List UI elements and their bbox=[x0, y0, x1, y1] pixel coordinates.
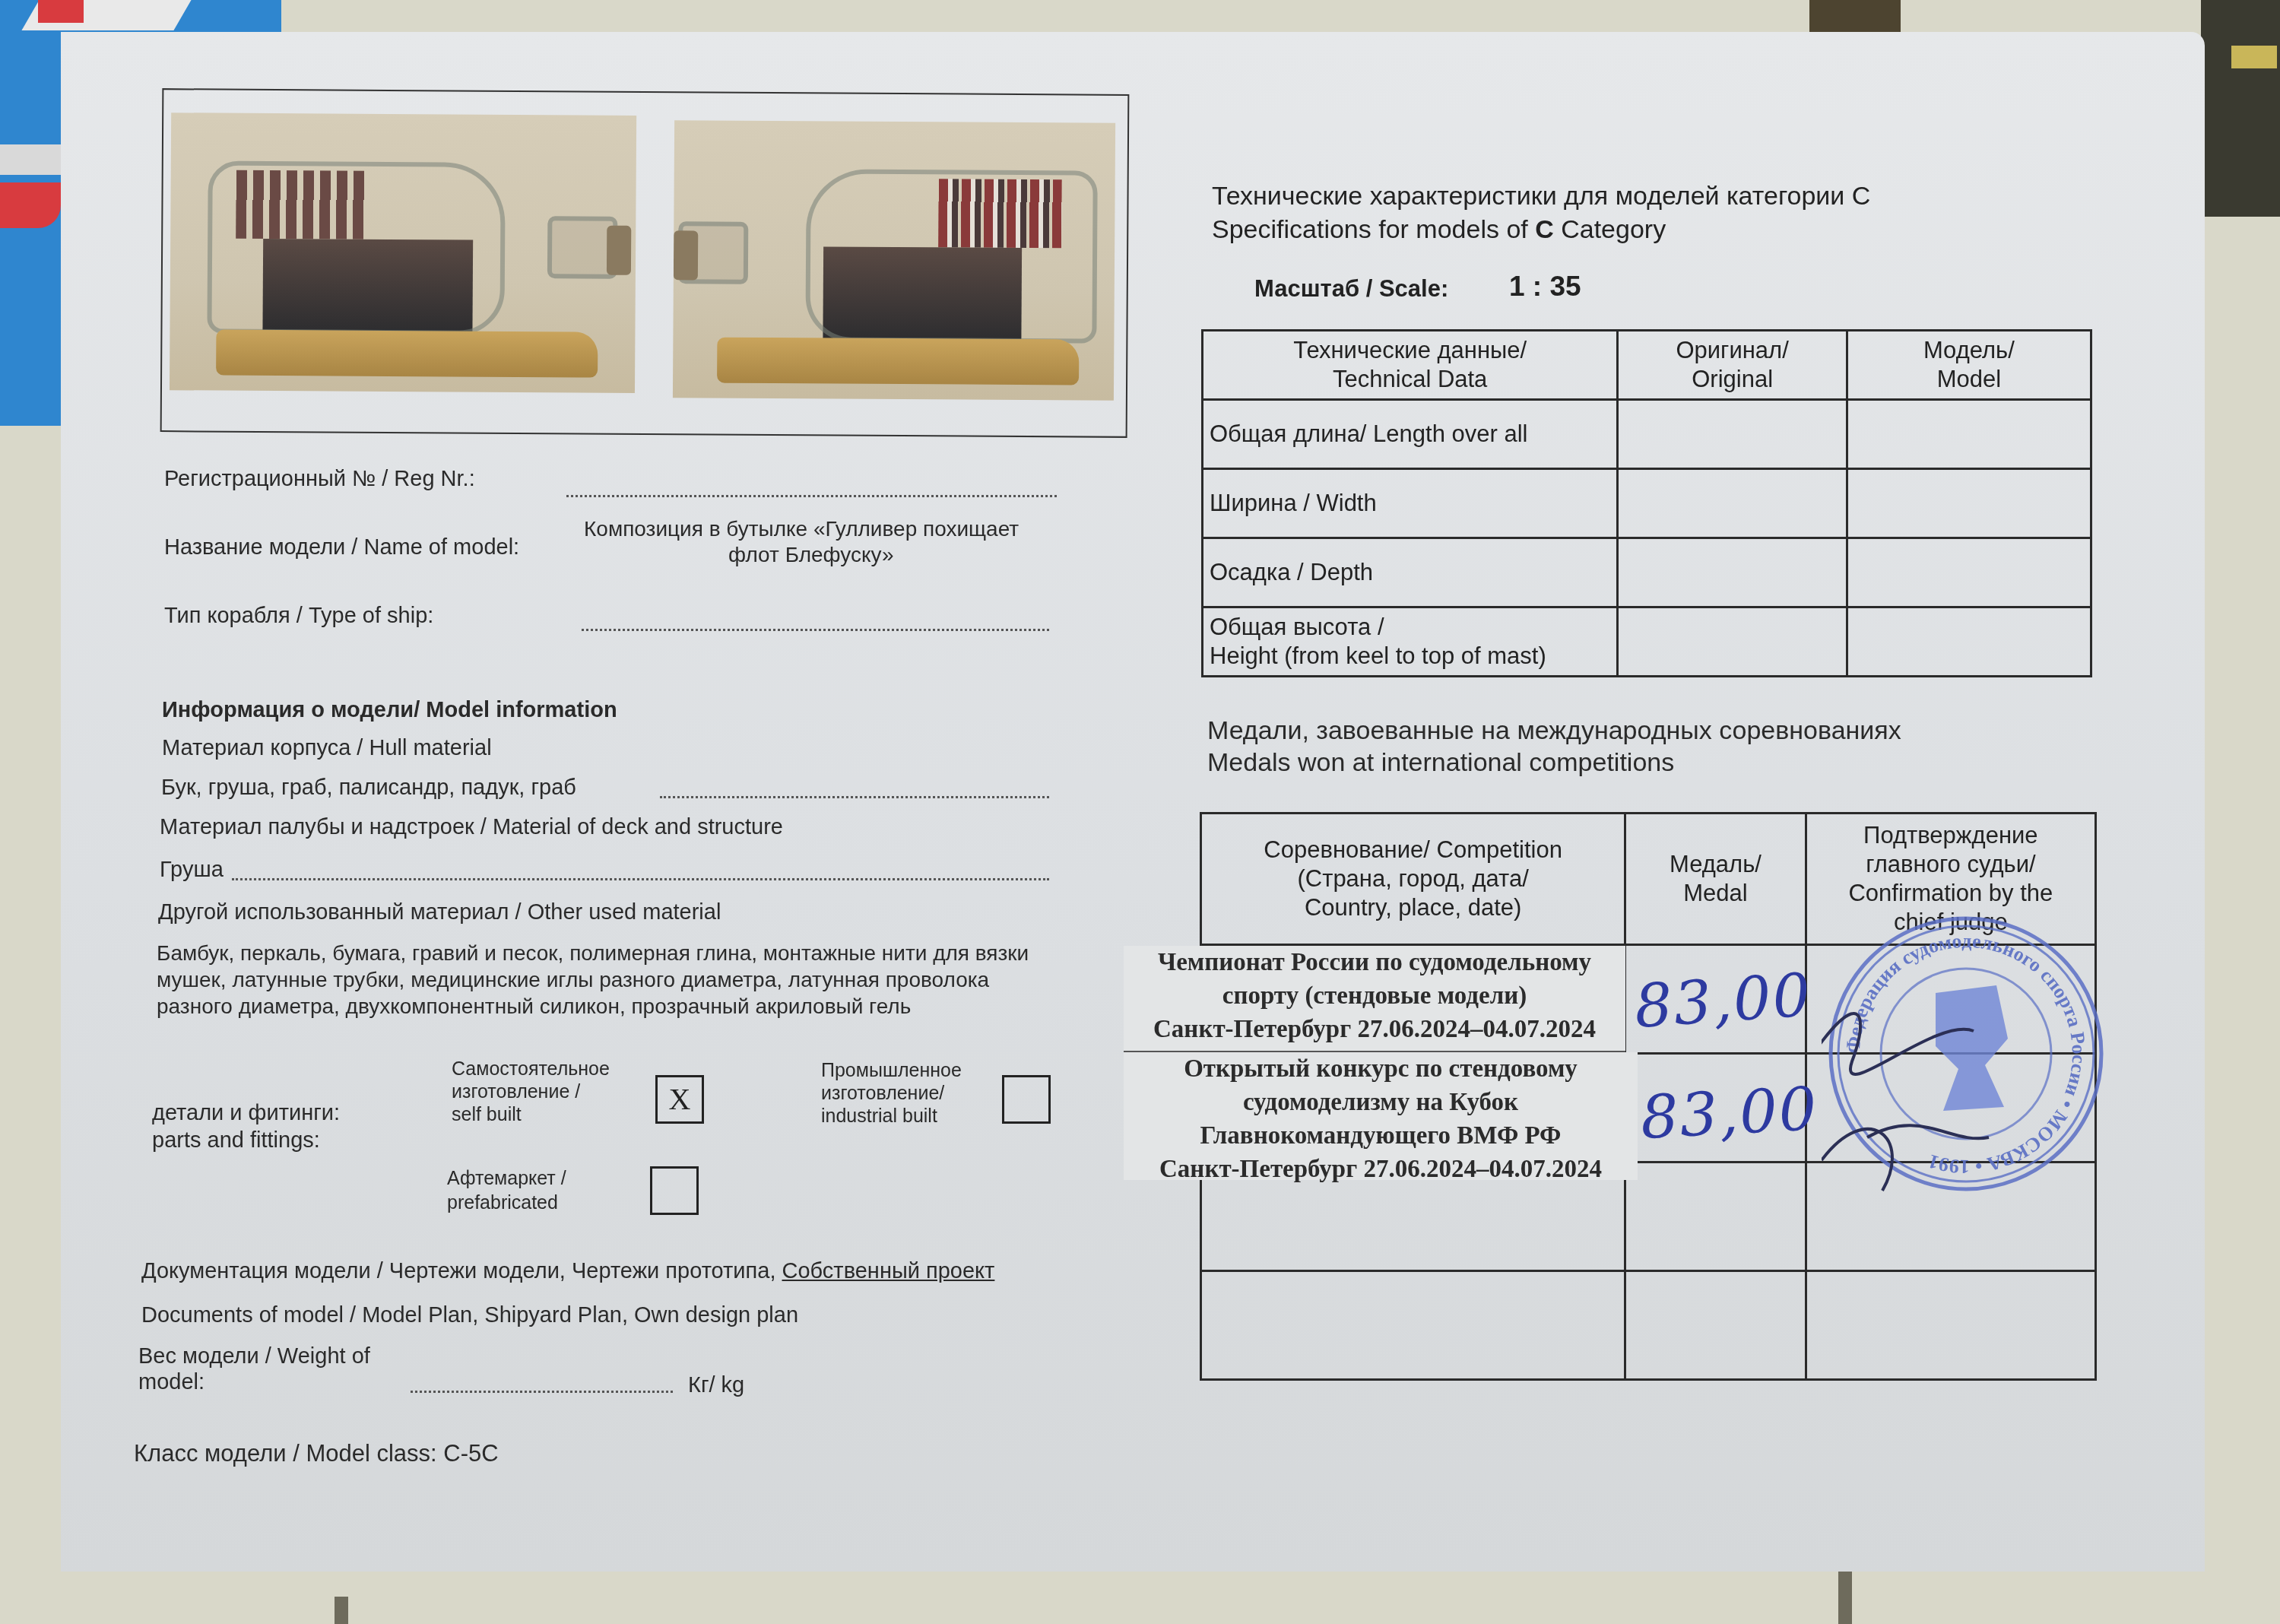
background-post bbox=[335, 1597, 348, 1624]
model-cell[interactable] bbox=[1847, 607, 2091, 677]
header-competition: Соревнование/ Competition (Страна, город… bbox=[1201, 814, 1625, 945]
spec-title-en-suffix: Category bbox=[1554, 215, 1666, 244]
original-cell[interactable] bbox=[1618, 607, 1847, 677]
documentation-label: Документация модели / Чертежи модели, Че… bbox=[141, 1259, 994, 1284]
deck-material-label: Материал палубы и надстроек / Material o… bbox=[160, 815, 783, 840]
industrial-built-checkbox[interactable] bbox=[1002, 1075, 1051, 1124]
competition-entry-2: Открытый конкурс по стендовому судомодел… bbox=[1124, 1052, 1638, 1180]
flag-white-stripe-2 bbox=[0, 144, 61, 175]
self-built-label-2: изготовление / bbox=[452, 1081, 580, 1103]
medal-cell[interactable] bbox=[1625, 1271, 1806, 1380]
weight-unit: Кг/ kg bbox=[688, 1373, 744, 1398]
confirmation-cell[interactable] bbox=[1806, 1271, 2095, 1380]
original-cell[interactable] bbox=[1618, 400, 1847, 469]
official-stamp-icon: Федерация судомодельного спорта России •… bbox=[1822, 909, 2110, 1198]
row-label: Ширина / Width bbox=[1203, 469, 1618, 538]
medals-title-en: Medals won at international competitions bbox=[1207, 747, 1901, 779]
deck-material-value: Груша bbox=[160, 858, 224, 883]
table-row bbox=[1201, 1271, 2096, 1380]
medals-title-ru: Медали, завоеванные на международных сор… bbox=[1207, 715, 1901, 747]
table-row: Ширина / Width bbox=[1203, 469, 2091, 538]
parts-label-en: parts and fittings: bbox=[152, 1128, 320, 1153]
scale-label: Масштаб / Scale: bbox=[1254, 275, 1448, 303]
background-post bbox=[1838, 1571, 1852, 1624]
model-cell[interactable] bbox=[1847, 538, 2091, 607]
model-name-label: Название модели / Name of model: bbox=[164, 535, 519, 560]
other-material-value: Бамбук, перкаль, бумага, гравий и песок,… bbox=[157, 940, 1054, 1020]
spec-header-row: Технические данные/ Technical Data Ориги… bbox=[1203, 331, 2091, 400]
parts-label-ru: детали и фитинги: bbox=[152, 1101, 340, 1126]
medals-title: Медали, завоеванные на международных сор… bbox=[1207, 715, 1901, 779]
medal-cell[interactable] bbox=[1625, 1162, 1806, 1271]
spec-title-ru: Технические характеристики для моделей к… bbox=[1212, 182, 1870, 211]
industrial-built-label-2: изготовление/ bbox=[821, 1083, 944, 1105]
industrial-built-label-3: industrial built bbox=[821, 1105, 937, 1128]
prefabricated-label-1: Афтемаркет / bbox=[447, 1168, 566, 1190]
photo-frame bbox=[160, 88, 1130, 438]
table-row: Осадка / Depth bbox=[1203, 538, 2091, 607]
reg-nr-label: Регистрационный № / Reg Nr.: bbox=[164, 467, 475, 492]
row-label: Общая длина/ Length over all bbox=[1203, 400, 1618, 469]
cork-icon bbox=[674, 230, 698, 280]
industrial-built-label-1: Промышленное bbox=[821, 1060, 962, 1082]
flag-red-stripe-2 bbox=[0, 182, 61, 228]
deck-material-field[interactable] bbox=[232, 876, 1049, 880]
spec-title: Технические характеристики для моделей к… bbox=[1212, 179, 1870, 246]
spec-table: Технические данные/ Technical Data Ориги… bbox=[1201, 329, 2092, 677]
original-cell[interactable] bbox=[1618, 469, 1847, 538]
model-name-value-line2: флот Блефуску» bbox=[728, 543, 893, 567]
other-material-label: Другой использованный материал / Other u… bbox=[158, 900, 721, 925]
hull-material-value: Бук, груша, граб, палисандр, падук, граб bbox=[161, 776, 576, 801]
reg-nr-field[interactable] bbox=[566, 493, 1057, 497]
model-cell[interactable] bbox=[1847, 469, 2091, 538]
model-cell[interactable] bbox=[1847, 400, 2091, 469]
model-photo-2 bbox=[673, 120, 1115, 401]
model-info-heading: Информация о модели/ Model information bbox=[162, 698, 617, 723]
self-built-checkbox[interactable]: X bbox=[655, 1075, 704, 1124]
model-class: Класс модели / Model class: C-5C bbox=[134, 1440, 499, 1467]
wooden-stand bbox=[717, 338, 1079, 385]
hull-material-field[interactable] bbox=[660, 794, 1049, 798]
header-medal: Медаль/ Medal bbox=[1625, 814, 1806, 945]
ship-type-label: Тип корабля / Type of ship: bbox=[164, 604, 433, 629]
weight-label-1: Вес модели / Weight of bbox=[138, 1344, 370, 1369]
flag-red-stripe bbox=[38, 0, 84, 23]
documents-en: Documents of model / Model Plan, Shipyar… bbox=[141, 1303, 798, 1328]
prefabricated-checkbox[interactable] bbox=[650, 1166, 699, 1215]
row-label: Общая высота / Height (from keel to top … bbox=[1203, 607, 1618, 677]
header-technical-data: Технические данные/ Technical Data bbox=[1203, 331, 1618, 400]
competition-entry-1: Чемпионат России по судомодельному спорт… bbox=[1124, 946, 1625, 1053]
medal-score-2: 83,00 bbox=[1639, 1075, 1820, 1153]
hull-material-label: Материал корпуса / Hull material bbox=[162, 736, 492, 761]
header-original: Оригинал/ Original bbox=[1618, 331, 1847, 400]
competition-cell[interactable] bbox=[1201, 1271, 1625, 1380]
row-label: Осадка / Depth bbox=[1203, 538, 1618, 607]
original-cell[interactable] bbox=[1618, 538, 1847, 607]
spec-title-en: Specifications for models of bbox=[1212, 215, 1535, 244]
spec-category: C bbox=[1535, 215, 1554, 244]
weight-label-2: model: bbox=[138, 1370, 205, 1395]
weight-field[interactable] bbox=[411, 1388, 673, 1393]
header-model: Модель/ Model bbox=[1847, 331, 2091, 400]
scale-value: 1 : 35 bbox=[1509, 271, 1581, 303]
self-built-label-3: self built bbox=[452, 1104, 522, 1126]
model-name-value-line1: Композиция в бутылке «Гулливер похищает bbox=[584, 517, 1019, 541]
wooden-stand bbox=[216, 330, 598, 378]
self-built-label-1: Самостоятельное bbox=[452, 1058, 610, 1080]
background-picture-frame bbox=[2201, 0, 2280, 217]
ship-icon bbox=[2231, 46, 2277, 68]
documentation-options: Документация модели / Чертежи модели, Че… bbox=[141, 1259, 775, 1283]
table-row: Общая длина/ Length over all bbox=[1203, 400, 2091, 469]
prefabricated-label-2: prefabricated bbox=[447, 1192, 558, 1214]
model-photo-1 bbox=[170, 113, 636, 393]
documentation-selected: Собственный проект bbox=[782, 1259, 995, 1283]
bottle-icon bbox=[805, 169, 1098, 343]
table-row: Общая высота / Height (from keel to top … bbox=[1203, 607, 2091, 677]
medal-score-1: 83,00 bbox=[1632, 961, 1814, 1042]
bottle-icon bbox=[207, 160, 506, 335]
ship-type-field[interactable] bbox=[582, 626, 1049, 631]
cork-icon bbox=[607, 226, 631, 275]
